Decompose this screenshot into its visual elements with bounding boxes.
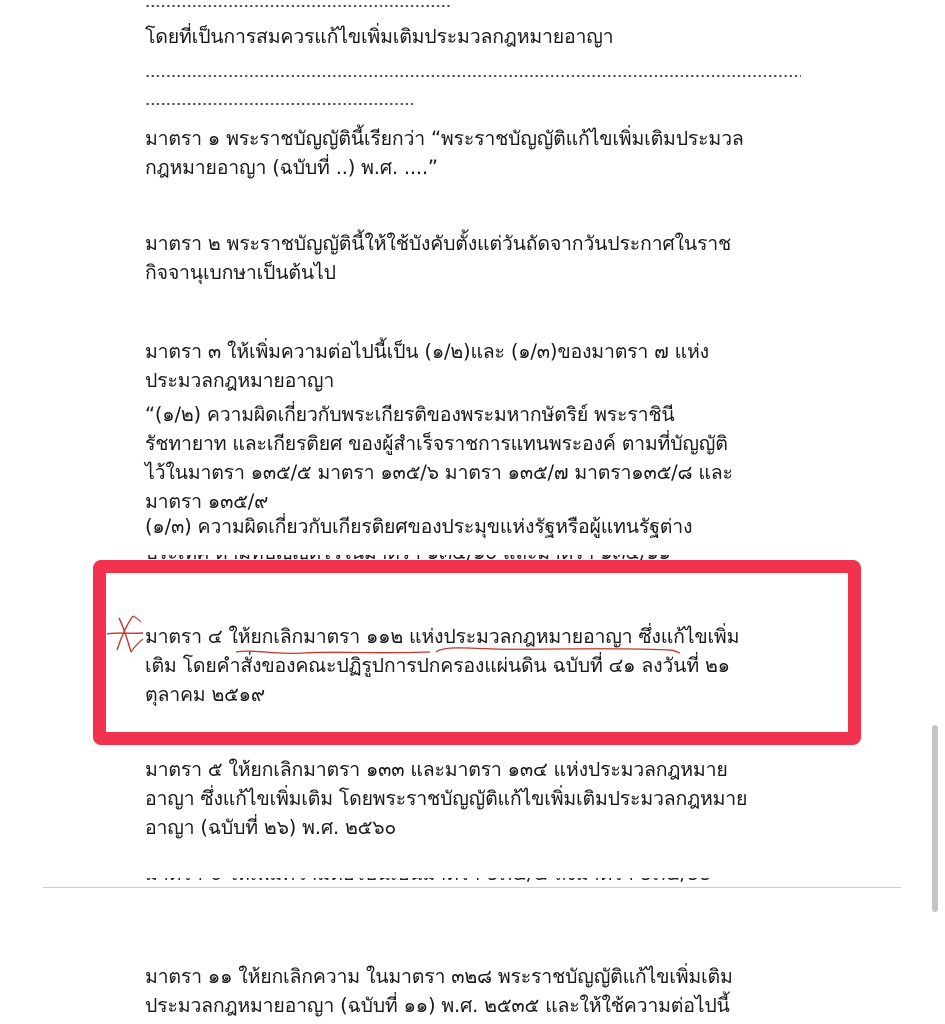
section-line: อาญา (ฉบับที่ ๒๖) พ.ศ. ๒๕๖๐ (145, 813, 815, 842)
dotted-rule (145, 101, 413, 107)
section-2: มาตรา ๒ พระราชบัญญัตินี้ให้ใช้บังคับตั้ง… (145, 229, 815, 287)
section-line: มาตรา ๔ ให้ยกเลิกมาตรา ๑๑๒ แห่งประมวลกฎห… (145, 622, 815, 651)
section-line: (๑/๓) ความผิดเกี่ยวกับเกียรติยศของประมุข… (145, 512, 815, 541)
dotted-rule (145, 3, 451, 9)
section-line: ไว้ในมาตรา ๑๓๕/๕ มาตรา ๑๓๕/๖ มาตรา ๑๓๕/๗… (145, 458, 815, 487)
document-page: โดยที่เป็นการสมควรแก้ไขเพิ่มเติมประมวลกฎ… (0, 0, 945, 1024)
dotted-rule (145, 73, 801, 79)
section-line: มาตรา ๓ ให้เพิ่มความต่อไปนี้เป็น (๑/๒)แล… (145, 337, 815, 366)
section-line: ตุลาคม ๒๕๑๙ (145, 680, 815, 709)
section-11: มาตรา ๑๑ ให้ยกเลิกความ ในมาตรา ๓๒๘ พระรา… (145, 962, 815, 1020)
preamble-text: โดยที่เป็นการสมควรแก้ไขเพิ่มเติมประมวลกฎ… (145, 22, 815, 51)
section-line: มาตรา ๕ ให้ยกเลิกมาตรา ๑๓๓ และมาตรา ๑๓๔ … (145, 755, 815, 784)
preamble: โดยที่เป็นการสมควรแก้ไขเพิ่มเติมประมวลกฎ… (145, 22, 815, 51)
section-3: มาตรา ๓ ให้เพิ่มความต่อไปนี้เป็น (๑/๒)แล… (145, 337, 815, 395)
section-3-clause-1-2: “(๑/๒) ความผิดเกี่ยวกับพระเกียรติของพระม… (145, 400, 815, 516)
section-line: มาตรา ๑๑ ให้ยกเลิกความ ในมาตรา ๓๒๘ พระรา… (145, 962, 815, 991)
section-1: มาตรา ๑ พระราชบัญญัตินี้เรียกว่า “พระราช… (145, 124, 815, 182)
page-break-divider (43, 887, 901, 888)
section-line: เติม โดยคำสั่งของคณะปฏิรูปการปกครองแผ่นด… (145, 651, 815, 680)
scrollbar-thumb[interactable] (932, 725, 938, 912)
section-line: มาตรา ๒ พระราชบัญญัตินี้ให้ใช้บังคับตั้ง… (145, 229, 815, 258)
section-4: มาตรา ๔ ให้ยกเลิกมาตรา ๑๑๒ แห่งประมวลกฎห… (145, 622, 815, 709)
section-line: กฎหมายอาญา (ฉบับที่ ..) พ.ศ. ....” (145, 153, 815, 182)
section-line: ประมวลกฎหมายอาญา (ฉบับที่ ๑๑) พ.ศ. ๒๕๓๕ … (145, 991, 815, 1020)
section-line: กิจจานุเบกษาเป็นต้นไป (145, 258, 815, 287)
section-line: รัชทายาท และเกียรติยศ ของผู้สำเร็จราชการ… (145, 429, 815, 458)
section-line: “(๑/๒) ความผิดเกี่ยวกับพระเกียรติของพระม… (145, 400, 815, 429)
section-line: มาตรา ๑ พระราชบัญญัตินี้เรียกว่า “พระราช… (145, 124, 815, 153)
section-line: อาญา ซึ่งแก้ไขเพิ่มเติม โดยพระราชบัญญัติ… (145, 784, 815, 813)
section-3-clause-1-3: (๑/๓) ความผิดเกี่ยวกับเกียรติยศของประมุข… (145, 512, 815, 541)
section-line: ประมวลกฎหมายอาญา (145, 366, 815, 395)
section-5: มาตรา ๕ ให้ยกเลิกมาตรา ๑๓๓ และมาตรา ๑๓๔ … (145, 755, 815, 842)
